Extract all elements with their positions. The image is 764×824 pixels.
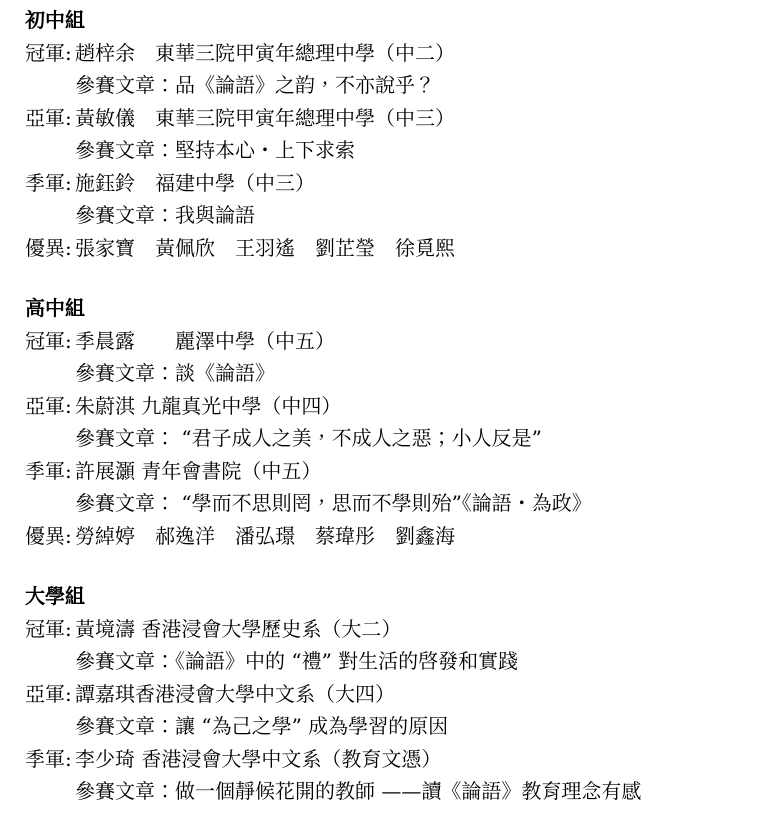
award-row: 參賽文章：做一個靜候花開的教師 ——讀《論語》教育理念有感 (25, 775, 756, 808)
award-text: 參賽文章：談《論語》 (75, 357, 756, 390)
award-text: 季晨露 麗澤中學（中五） (75, 325, 756, 358)
award-text: 參賽文章：我與論語 (75, 199, 756, 232)
award-text: 參賽文章：讓 “為己之學” 成為學習的原因 (75, 710, 756, 743)
section-title: 初中組 (25, 4, 756, 37)
award-row: 亞軍: 黃敏儀 東華三院甲寅年總理中學（中三） (25, 102, 756, 135)
award-text: 施鈺鈴 福建中學（中三） (75, 167, 756, 200)
award-text: 參賽文章： “君子成人之美，不成人之惡；小人反是” (75, 422, 756, 455)
award-text: 趙梓余 東華三院甲寅年總理中學（中二） (75, 37, 756, 70)
award-row: 參賽文章：《論語》中的 “禮” 對生活的啓發和實踐 (25, 645, 756, 678)
award-text: 許展灝 青年會書院（中五） (75, 455, 756, 488)
award-row: 優異: 張家寶 黃佩欣 王羽遙 劉芷瑩 徐覓熙 (25, 232, 756, 265)
award-rank-label: 優異: (25, 520, 75, 553)
award-rank-label: 冠軍: (25, 37, 75, 70)
award-text: 參賽文章：品《論語》之韵，不亦說乎？ (75, 69, 756, 102)
award-rank-label: 季軍: (25, 455, 75, 488)
award-row: 參賽文章：堅持本心・上下求索 (25, 134, 756, 167)
award-rank-label: 冠軍: (25, 613, 75, 646)
document-page: { "sections": [ { "title": "初中組", "entri… (0, 0, 764, 824)
award-row: 冠軍: 季晨露 麗澤中學（中五） (25, 325, 756, 358)
award-rank-label: 季軍: (25, 167, 75, 200)
award-rank-label: 亞軍: (25, 390, 75, 423)
award-row: 冠軍: 黃境濤 香港浸會大學歷史系（大二） (25, 613, 756, 646)
award-text: 參賽文章：《論語》中的 “禮” 對生活的啓發和實踐 (75, 645, 756, 678)
award-rank-label: 優異: (25, 232, 75, 265)
award-text: 李少琦 香港浸會大學中文系（教育文憑） (75, 743, 756, 776)
section-title: 大學組 (25, 580, 756, 613)
award-rank-label: 冠軍: (25, 325, 75, 358)
award-text: 黃敏儀 東華三院甲寅年總理中學（中三） (75, 102, 756, 135)
award-row: 參賽文章：談《論語》 (25, 357, 756, 390)
award-row: 參賽文章：我與論語 (25, 199, 756, 232)
award-text: 參賽文章：堅持本心・上下求索 (75, 134, 756, 167)
award-row: 季軍: 李少琦 香港浸會大學中文系（教育文憑） (25, 743, 756, 776)
award-row: 優異: 勞綽婷 郝逸洋 潘弘璟 蔡瑋彤 劉鑫海 (25, 520, 756, 553)
award-row: 冠軍: 趙梓余 東華三院甲寅年總理中學（中二） (25, 37, 756, 70)
award-text: 朱蔚淇 九龍真光中學（中四） (75, 390, 756, 423)
award-rank-label: 亞軍: (25, 678, 75, 711)
award-rank-label: 季軍: (25, 743, 75, 776)
award-row: 季軍: 許展灝 青年會書院（中五） (25, 455, 756, 488)
award-text: 譚嘉琪香港浸會大學中文系（大四） (75, 678, 756, 711)
award-row: 參賽文章： “君子成人之美，不成人之惡；小人反是” (25, 422, 756, 455)
section-title: 高中組 (25, 292, 756, 325)
award-text: 參賽文章：做一個靜候花開的教師 ——讀《論語》教育理念有感 (75, 775, 756, 808)
award-rank-label: 亞軍: (25, 102, 75, 135)
results-document: 初中組 冠軍: 趙梓余 東華三院甲寅年總理中學（中二） 參賽文章：品《論語》之韵… (0, 0, 764, 808)
award-section: 高中組 冠軍: 季晨露 麗澤中學（中五） 參賽文章：談《論語》 亞軍: 朱蔚淇 … (25, 292, 756, 552)
award-row: 參賽文章： “學而不思則罔，思而不學則殆”《論語・為政》 (25, 487, 756, 520)
award-section: 初中組 冠軍: 趙梓余 東華三院甲寅年總理中學（中二） 參賽文章：品《論語》之韵… (25, 4, 756, 264)
award-text: 張家寶 黃佩欣 王羽遙 劉芷瑩 徐覓熙 (75, 232, 756, 265)
award-text: 勞綽婷 郝逸洋 潘弘璟 蔡瑋彤 劉鑫海 (75, 520, 756, 553)
award-text: 黃境濤 香港浸會大學歷史系（大二） (75, 613, 756, 646)
award-text: 參賽文章： “學而不思則罔，思而不學則殆”《論語・為政》 (75, 487, 756, 520)
award-row: 參賽文章：讓 “為己之學” 成為學習的原因 (25, 710, 756, 743)
award-row: 亞軍: 朱蔚淇 九龍真光中學（中四） (25, 390, 756, 423)
award-section: 大學組 冠軍: 黃境濤 香港浸會大學歷史系（大二） 參賽文章：《論語》中的 “禮… (25, 580, 756, 808)
award-row: 亞軍: 譚嘉琪香港浸會大學中文系（大四） (25, 678, 756, 711)
award-row: 季軍: 施鈺鈴 福建中學（中三） (25, 167, 756, 200)
award-row: 參賽文章：品《論語》之韵，不亦說乎？ (25, 69, 756, 102)
